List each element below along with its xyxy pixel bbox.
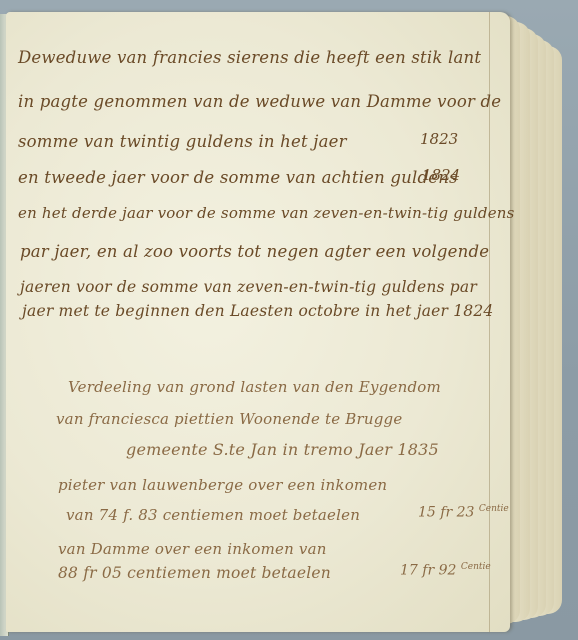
entry-2-unit: Centie [461, 562, 491, 572]
lease-year-1823: 1823 [420, 130, 458, 148]
entry-1-unit: Centie [479, 504, 509, 514]
manuscript-page: Deweduwe van francies sierens die heeft … [6, 12, 510, 632]
lease-line-1: Deweduwe van francies sierens die heeft … [18, 48, 481, 67]
entry-2-line-1: van Damme over een inkomen van [58, 540, 327, 558]
lease-line-2: in pagte genommen van de weduwe van Damm… [18, 92, 501, 111]
entry-1-line-1: pieter van lauwenberge over een inkomen [58, 476, 387, 494]
lease-line-7: jaeren voor de somme van zeven-en-twin-t… [20, 278, 477, 296]
distribution-heading-line-3: gemeente S.te Jan in tremo Jaer 1835 [126, 440, 439, 459]
entry-1-cents: 23 [457, 505, 475, 521]
entry-2-cents: 92 [439, 563, 457, 579]
entry-1-amount: 15 fr 23 Centie [418, 504, 509, 521]
entry-1-francs: 15 fr [418, 505, 452, 521]
lease-line-6: par jaer, en al zoo voorts tot negen agt… [20, 242, 489, 261]
lease-line-5: en het derde jaar voor de somme van zeve… [18, 204, 515, 222]
lease-line-3: somme van twintig guldens in het jaer [18, 132, 347, 151]
distribution-heading-line-2: van franciesca piettien Woonende te Brug… [56, 410, 402, 428]
distribution-heading-line-1: Verdeeling van grond lasten van den Eyge… [68, 378, 441, 396]
lease-year-1824: 1824 [422, 166, 460, 184]
entry-1-line-2: van 74 f. 83 centiemen moet betaelen [66, 506, 360, 524]
lease-line-4: en tweede jaer voor de somme van achtien… [18, 168, 458, 187]
entry-2-francs: 17 fr [400, 563, 434, 579]
entry-2-line-2: 88 fr 05 centiemen moet betaelen [58, 564, 331, 582]
entry-2-amount: 17 fr 92 Centie [400, 562, 491, 579]
lease-line-8: jaer met te beginnen den Laesten octobre… [22, 302, 494, 320]
